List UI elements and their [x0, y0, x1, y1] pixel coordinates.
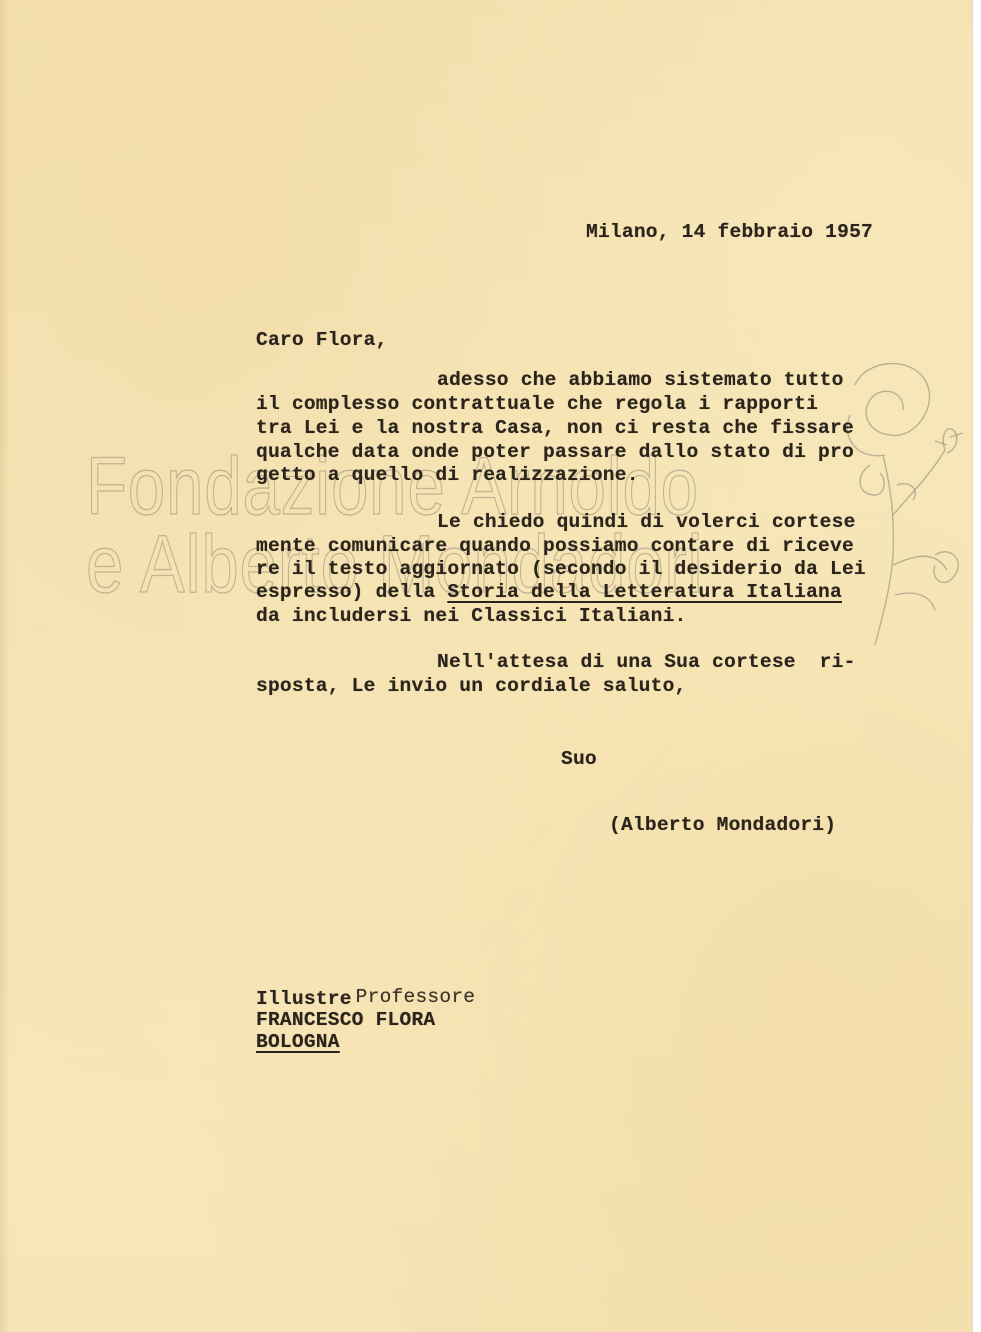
paragraph-2-line-1: Le chiedo quindi di volerci cortese — [437, 510, 856, 534]
recipient-city: BOLOGNA — [256, 1030, 340, 1054]
recipient-name: FRANCESCO FLORA — [256, 1008, 435, 1032]
recipient-title-b: Professore — [356, 986, 476, 1008]
recipient-title-a: Illustre — [256, 988, 352, 1010]
signature: (Alberto Mondadori) — [609, 813, 836, 837]
paper-edge — [0, 0, 10, 1332]
paragraph-2-line-4-text: espresso) della — [256, 581, 447, 603]
salutation: Caro Flora, — [256, 328, 388, 352]
book-title: Storia della Letteratura Italiana — [447, 581, 842, 603]
paragraph-2-line-2: mente comunicare quando possiamo contare… — [256, 534, 854, 558]
paragraph-3-line-2: sposta, Le invio un cordiale saluto, — [256, 674, 687, 698]
paragraph-3-line-1: Nell'attesa di una Sua cortese ri- — [437, 650, 856, 674]
rose-icon — [835, 355, 981, 645]
closing: Suo — [561, 747, 597, 771]
place-date: Milano, 14 febbraio 1957 — [586, 220, 873, 244]
paragraph-1-line-4: qualche data onde poter passare dallo st… — [256, 440, 854, 464]
paragraph-1-line-5: getto a quello di realizzazione. — [256, 463, 639, 487]
paragraph-2-line-5: da includersi nei Classici Italiani. — [256, 604, 687, 628]
paragraph-1-line-1: adesso che abbiamo sistemato tutto — [437, 368, 844, 392]
paragraph-1-line-2: il complesso contrattuale che regola i r… — [256, 392, 818, 416]
paragraph-2-line-4: espresso) della Storia della Letteratura… — [256, 580, 842, 604]
paragraph-2-line-3: re il testo aggiornato (secondo il desid… — [256, 557, 866, 581]
paragraph-1-line-3: tra Lei e la nostra Casa, non ci resta c… — [256, 416, 854, 440]
